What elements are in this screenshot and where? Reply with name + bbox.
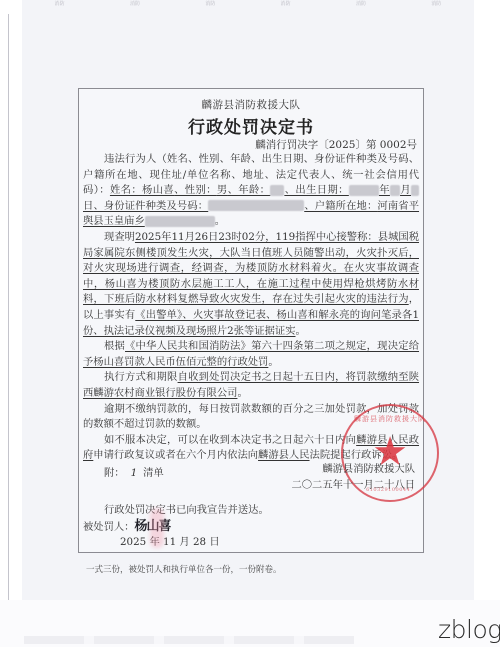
facts-section: 现查明2025年11月26日23时02分，119指挥中心接警称：县城国税局家属院…: [83, 230, 419, 339]
page-header-stamps: 消防消防消防消防消防消防: [22, 0, 474, 6]
copies-footnote: 一式三份，被处罚人和执行单位各一份，一份附卷。: [86, 563, 282, 575]
issuing-organization: 麟游县消防救援大队: [79, 97, 423, 112]
redacted-birth-year: [349, 185, 379, 196]
party-gender: 男: [217, 184, 228, 196]
document-number: 麟消行罚决字〔2025〕第 0002号: [255, 137, 417, 152]
attachment-count: 1: [131, 467, 138, 479]
issuer-block: 麟游县消防救援大队 二〇二五年十一月二十八日: [291, 461, 415, 493]
party-details: 姓名：杨山喜、性别：男、年龄：、出生日期：年月日、身份证件种类及号码：、户籍所在…: [83, 184, 419, 227]
next-page-strip: [24, 636, 354, 644]
service-statement: 行政处罚决定书已向我宣告并送达。: [83, 503, 269, 519]
recipient-line: 被处罚人：杨山喜: [83, 519, 269, 536]
service-date: 2025 年 11 月 28 日: [83, 535, 269, 551]
redacted-age: [270, 185, 284, 196]
ink-smudge: [150, 508, 164, 548]
redacted-address: [145, 216, 215, 227]
seal-text: 麟游县消防救援大队: [343, 414, 437, 424]
appeal-court: 麟游县人民: [258, 449, 309, 461]
redacted-birth-month: [390, 185, 400, 196]
decision-section: 根据《中华人民共和国消防法》第六十四条第二项之规定，现决定给予杨山喜罚款人民币伍…: [83, 339, 419, 370]
document-title: 行政处罚决定书: [79, 113, 423, 138]
execution-section: 执行方式和期限自收到处罚决定书之日起十五日内，将罚款缴纳至陕西麟游农村商业银行股…: [83, 370, 419, 401]
party-name: 杨山喜: [142, 184, 174, 196]
issue-date: 二〇二五年十一月二十八日: [291, 477, 415, 493]
page-edge-line: [8, 14, 9, 644]
redacted-birth-day: [411, 185, 419, 196]
service-acknowledgement: 行政处罚决定书已向我宣告并送达。 被处罚人：杨山喜 2025 年 11 月 28…: [83, 503, 269, 551]
decision-document: 麟游县消防救援大队 行政处罚决定书 麟消行罚决字〔2025〕第 0002号 违法…: [78, 88, 424, 553]
redacted-id-number: [208, 200, 304, 211]
watermark-text: zblog: [438, 615, 500, 644]
party-section: 违法行为人（姓名、性别、年龄、出生日期、身份证件种类及号码、户籍所在地、现住址/…: [83, 152, 419, 230]
issuer-name: 麟游县消防救援大队: [291, 461, 415, 477]
decision-text: 《中华人民共和国消防法》第六十四条第二项之规定，现决定给予杨山喜罚款人民币伍佰元…: [83, 340, 419, 368]
